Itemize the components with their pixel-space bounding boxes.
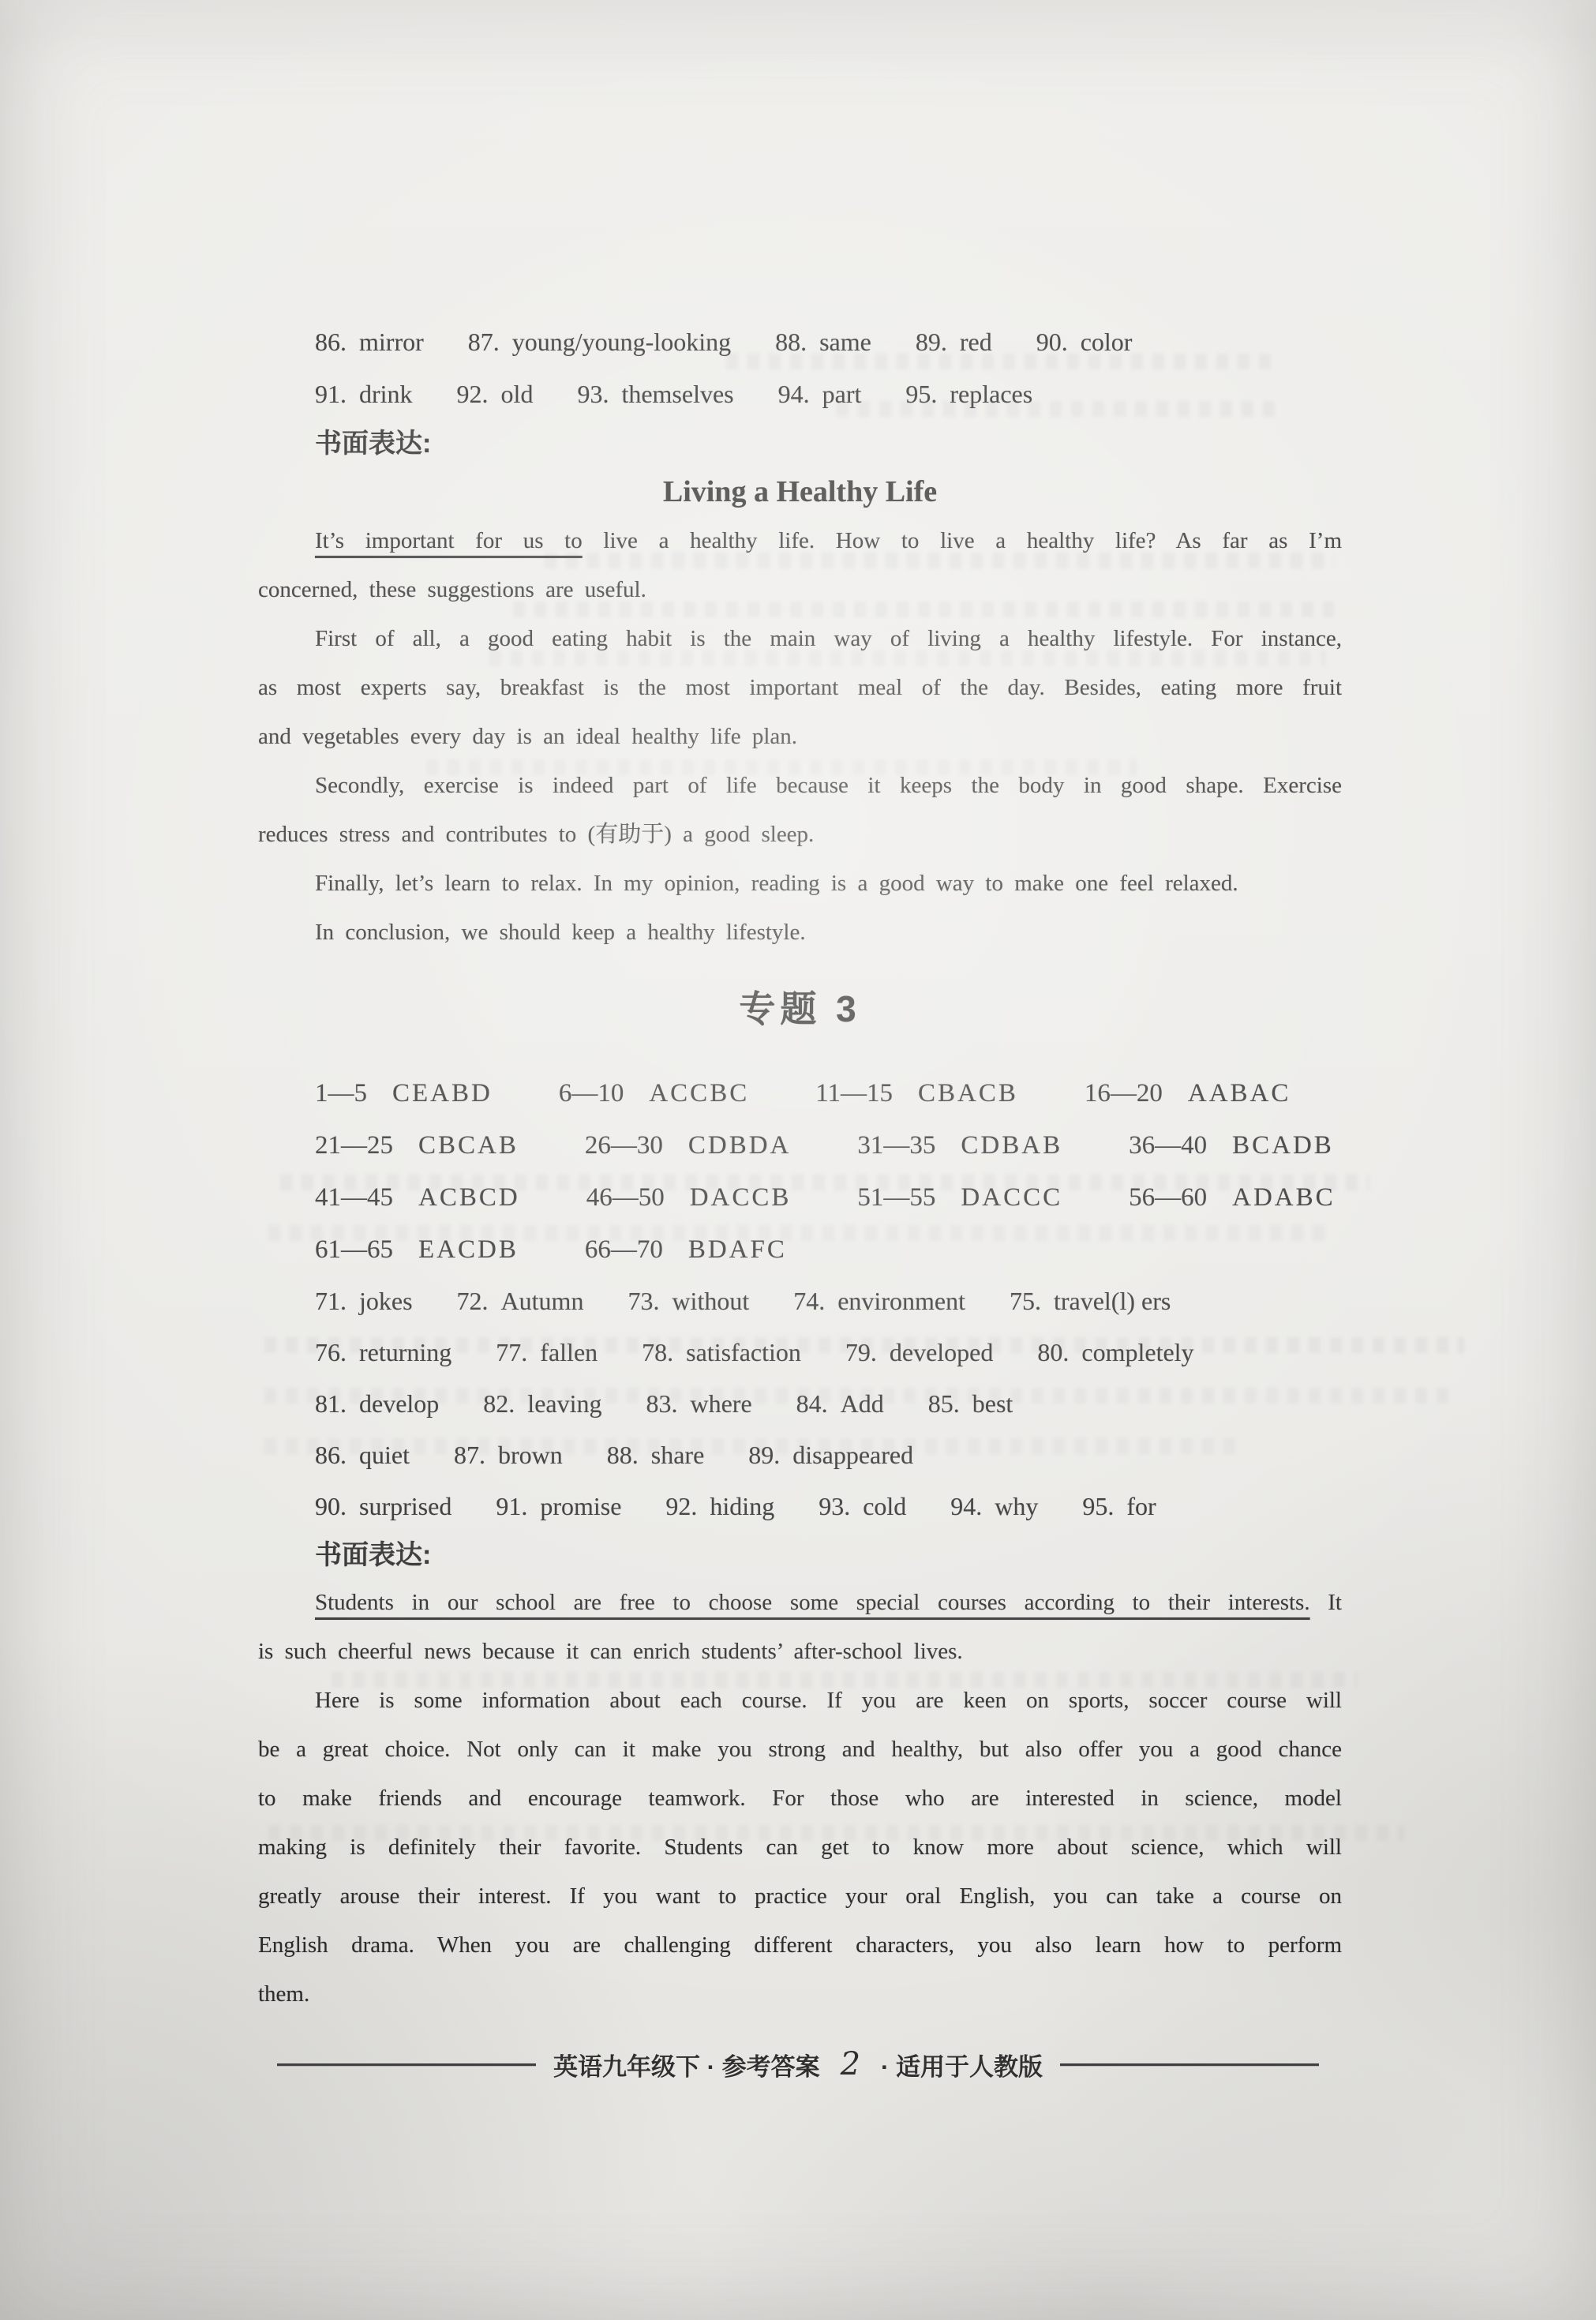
essay-line: is such cheerful news because it can enr… [258,1627,1342,1676]
choice-answer-row: 21—25CBCAB26—30CDBDA31—35CDBAB36—40BCADB [258,1119,1342,1171]
essay-healthy-life: Living a Healthy Life It’s important for… [258,467,1342,957]
answer-word: Add [841,1389,884,1418]
footer-rule-right [1060,2063,1319,2066]
answer-number: 87. [454,1441,485,1469]
answer-number: 90. [315,1492,347,1520]
essay-title: Living a Healthy Life [258,467,1342,516]
answer-number: 79. [845,1338,877,1366]
answer-word: disappeared [792,1441,913,1469]
topic3-fill-rows: 71.jokes72.Autumn73.without74.environmen… [258,1276,1342,1532]
answer-word: brown [498,1441,563,1469]
answer-row: 71.jokes72.Autumn73.without74.environmen… [258,1276,1342,1327]
underlined-text: It’s important for us to [315,528,583,553]
essay-special-courses: Students in our school are free to choos… [258,1578,1342,2018]
essay-text: greatly arouse their interest. If you wa… [258,1883,1342,1909]
answer-number: 90. [1036,328,1068,356]
answer-row: 76.returning77.fallen78.satisfaction79.d… [258,1327,1342,1378]
answer-word: promise [540,1492,621,1520]
answer-word: fallen [540,1338,598,1366]
answer-word: completely [1081,1338,1193,1366]
writing-section-label: 书面表达: [258,420,1342,467]
essay-line: reduces stress and contributes to (有助于) … [258,810,1342,859]
essay-text: concerned, these suggestions are useful. [258,577,646,602]
essay-line: greatly arouse their interest. If you wa… [258,1872,1342,1921]
essay-line: to make friends and encourage teamwork. … [258,1774,1342,1823]
essay-text: them. [258,1981,309,2007]
answer-number: 91. [315,380,347,408]
question-range: 31—35 [857,1131,935,1160]
essay-line: and vegetables every day is an ideal hea… [258,712,1342,761]
answer-word: developed [890,1338,994,1366]
answer-row: 81.develop82.leaving83.where84.Add85.bes… [258,1378,1342,1430]
essay-text: live a healthy life. How to live a healt… [583,528,1342,553]
writing-section-label-2: 书面表达: [258,1532,1342,1578]
answer-number: 78. [642,1338,673,1366]
essay-text: Secondly, exercise is indeed part of lif… [315,773,1342,798]
essay-text: In conclusion, we should keep a healthy … [315,920,806,945]
answer-word: satisfaction [686,1338,801,1366]
choice-letters: CDBAB [961,1131,1062,1160]
answer-word: where [690,1389,751,1418]
answer-row: 90.surprised91.promise92.hiding93.cold94… [258,1481,1342,1532]
answer-number: 86. [315,328,347,356]
essay-line: them. [258,1970,1342,2018]
question-range: 61—65 [315,1235,393,1264]
answer-word: surprised [359,1492,451,1520]
answer-row: 86.mirror87.young/young-looking88.same89… [258,316,1342,368]
essay-text: making is definitely their favorite. Stu… [258,1835,1342,1860]
answer-word: leaving [527,1389,601,1418]
scanned-answer-page: 86.mirror87.young/young-looking88.same89… [0,0,1596,2320]
essay-body-2: Students in our school are free to choos… [258,1578,1342,2018]
footer-page-number: 2 [841,2046,860,2082]
topic-3-heading: 专题 3 [258,980,1342,1037]
answer-number: 88. [775,328,807,356]
essay-text: Here is some information about each cour… [315,1688,1342,1713]
answer-word: best [972,1389,1013,1418]
answer-number: 93. [577,380,609,408]
answer-word: color [1081,328,1133,356]
question-range: 41—45 [315,1183,393,1212]
answer-word: old [501,380,534,408]
answer-number: 88. [607,1441,639,1469]
essay-text: English drama. When you are challenging … [258,1932,1342,1958]
answer-word: young/young-looking [512,328,731,356]
answer-number: 93. [819,1492,850,1520]
essay-line: Secondly, exercise is indeed part of lif… [258,761,1342,810]
answer-number: 74. [793,1287,825,1315]
answer-number: 82. [483,1389,515,1418]
answer-word: quiet [359,1441,410,1469]
answer-number: 86. [315,1441,347,1469]
essay-text: is such cheerful news because it can enr… [258,1639,963,1664]
essay-text: be a great choice. Not only can it make … [258,1737,1342,1762]
answer-word: red [960,328,992,356]
footer-book-title: 英语九年级下 · 参考答案 [553,2047,820,2082]
essay-text: reduces stress and contributes to (有助于) … [258,822,814,847]
answer-word: replaces [950,380,1032,408]
choice-letters: ADABC [1232,1183,1336,1212]
answer-number: 95. [1082,1492,1114,1520]
answer-number: 71. [315,1287,347,1315]
answer-number: 89. [916,328,947,356]
answer-word: drink [359,380,413,408]
question-range: 26—30 [585,1131,663,1160]
question-range: 51—55 [857,1183,935,1212]
choice-letters: BDAFC [688,1235,787,1264]
choice-letters: DACCB [690,1183,792,1212]
answer-number: 91. [496,1492,527,1520]
answer-word: share [651,1441,705,1469]
footer-rule-left [277,2063,536,2066]
answer-word: Autumn [501,1287,584,1315]
answer-number: 95. [905,380,937,408]
answer-number: 92. [457,380,489,408]
footer-edition: · 适用于人教版 [881,2047,1043,2082]
question-range: 21—25 [315,1131,393,1160]
essay-line: concerned, these suggestions are useful. [258,565,1342,614]
question-range: 56—60 [1129,1183,1207,1212]
answer-row: 86.quiet87.brown88.share89.disappeared [258,1430,1342,1481]
essay-line: as most experts say, breakfast is the mo… [258,663,1342,712]
answer-word: environment [837,1287,965,1315]
answer-number: 84. [796,1389,828,1418]
answer-word: part [822,380,862,408]
answer-word: hiding [710,1492,774,1520]
answer-word: for [1126,1492,1156,1520]
answer-number: 73. [628,1287,659,1315]
essay-line: In conclusion, we should keep a healthy … [258,908,1342,957]
essay-line: First of all, a good eating habit is the… [258,614,1342,663]
answer-number: 80. [1037,1338,1069,1366]
answer-row: 91.drink92.old93.themselves94.part95.rep… [258,368,1342,420]
essay-text: Finally, let’s learn to relax. In my opi… [315,871,1238,896]
choice-letters: CDBDA [688,1131,792,1160]
answer-number: 87. [468,328,500,356]
answer-word: themselves [621,380,733,408]
topic3-choice-rows: 1—5CEABD6—10ACCBC11—15CBACB16—20AABAC21—… [258,1067,1342,1276]
essay-line: Finally, let’s learn to relax. In my opi… [258,859,1342,908]
essay-text: It [1310,1590,1342,1615]
answer-word: why [995,1492,1038,1520]
answer-number: 94. [950,1492,982,1520]
essay-line: It’s important for us to live a healthy … [258,516,1342,565]
choice-letters: EACDB [418,1235,519,1264]
choice-letters: DACCC [961,1183,1062,1212]
essay-line: Students in our school are free to choos… [258,1578,1342,1627]
answer-number: 85. [928,1389,960,1418]
essay-text: as most experts say, breakfast is the mo… [258,675,1342,700]
content-column: 86.mirror87.young/young-looking88.same89… [258,0,1342,2018]
choice-letters: CBCAB [418,1131,519,1160]
answer-number: 75. [1010,1287,1041,1315]
choice-letters: CBACB [918,1079,1018,1108]
question-range: 16—20 [1085,1079,1163,1108]
answer-word: jokes [359,1287,413,1315]
essay-line: be a great choice. Not only can it make … [258,1725,1342,1774]
question-range: 36—40 [1129,1131,1207,1160]
question-range: 11—15 [815,1079,893,1108]
choice-answer-row: 61—65EACDB66—70BDAFC [258,1224,1342,1276]
question-range: 1—5 [315,1079,367,1108]
answer-number: 76. [315,1338,347,1366]
answer-word: mirror [359,328,424,356]
underlined-text: Students in our school are free to choos… [315,1590,1310,1615]
answer-word: without [672,1287,749,1315]
answer-number: 83. [646,1389,677,1418]
choice-letters: BCADB [1232,1131,1334,1160]
choice-letters: AABAC [1188,1079,1291,1108]
essay-line: making is definitely their favorite. Stu… [258,1823,1342,1872]
choice-letters: ACBCD [418,1183,520,1212]
choice-answer-row: 1—5CEABD6—10ACCBC11—15CBACB16—20AABAC [258,1067,1342,1119]
choice-answer-row: 41—45ACBCD46—50DACCB51—55DACCC56—60ADABC [258,1171,1342,1224]
answer-number: 94. [778,380,810,408]
answer-word: same [819,328,871,356]
answer-word: develop [359,1389,439,1418]
question-range: 46—50 [586,1183,665,1212]
choice-letters: ACCBC [649,1079,749,1108]
answer-number: 81. [315,1389,347,1418]
question-range: 66—70 [585,1235,663,1264]
choice-letters: CEABD [392,1079,493,1108]
page-footer: 英语九年级下 · 参考答案 2 · 适用于人教版 [0,2046,1596,2082]
question-range: 6—10 [559,1079,624,1108]
prev-fill-rows: 86.mirror87.young/young-looking88.same89… [258,316,1342,420]
essay-line: English drama. When you are challenging … [258,1921,1342,1970]
essay-text: and vegetables every day is an ideal hea… [258,724,797,749]
essay-body: It’s important for us to live a healthy … [258,516,1342,957]
answer-word: travel(l) ers [1054,1287,1171,1315]
essay-text: to make friends and encourage teamwork. … [258,1786,1342,1811]
essay-text: First of all, a good eating habit is the… [315,626,1342,651]
answer-number: 72. [457,1287,489,1315]
answer-number: 92. [665,1492,697,1520]
answer-number: 77. [496,1338,527,1366]
answer-word: returning [359,1338,451,1366]
answer-number: 89. [748,1441,780,1469]
answer-word: cold [863,1492,906,1520]
essay-line: Here is some information about each cour… [258,1676,1342,1725]
